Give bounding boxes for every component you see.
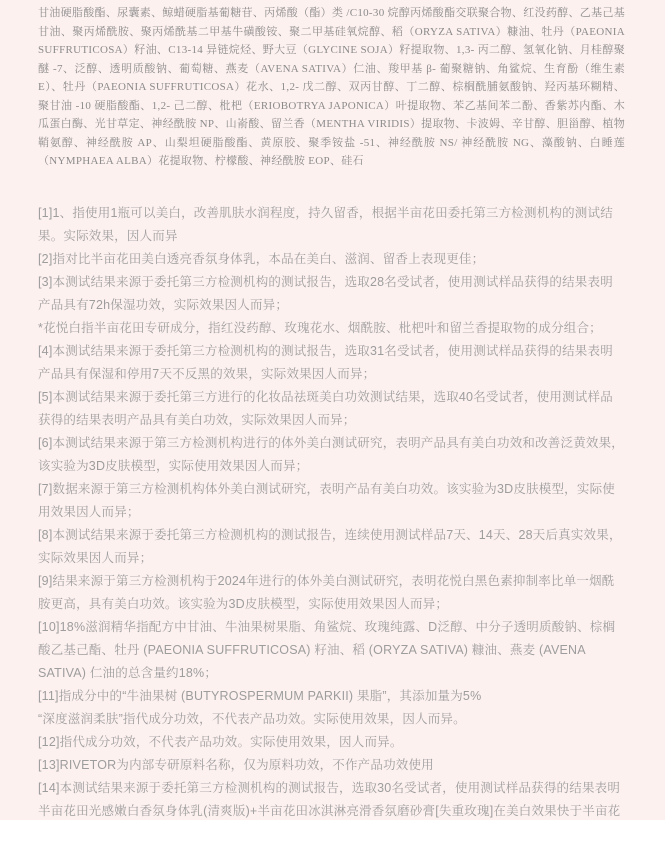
disclaimer-section: 甘油硬脂酸酯、尿囊素、鲸蜡硬脂基葡糖苷、丙烯酸（酯）类 /C10-30 烷醇丙烯… — [0, 0, 665, 820]
footnote-item-7: [7]数据来源于第三方检测机构体外美白测试研究，表明产品有美白功效。该实验为3D… — [38, 478, 625, 524]
ingredients-list-text: 甘油硬脂酸酯、尿囊素、鲸蜡硬脂基葡糖苷、丙烯酸（酯）类 /C10-30 烷醇丙烯… — [38, 4, 625, 171]
footnote-item-10: [10]18%滋润精华指配方中甘油、牛油果树果脂、角鲨烷、玫瑰纯露、D泛醇、中分… — [38, 616, 625, 685]
footnote-item-1: [1]1、指使用1瓶可以美白，改善肌肤水润程度，持久留香，根据半亩花田委托第三方… — [38, 202, 625, 248]
footnote-item-8: [8]本测试结果来源于委托第三方检测机构的测试报告，连续使用测试样品7天、14天… — [38, 524, 625, 570]
footnote-item-6: [6]本测试结果来源于第三方检测机构进行的体外美白测试研究，表明产品具有美白功效… — [38, 432, 625, 478]
footnote-item-14: [14]本测试结果来源于委托第三方检测机构的测试报告，选取30名受试者，使用测试… — [38, 777, 625, 821]
footnote-item-12: [12]指代成分功效，不代表产品功效。实际使用效果，因人而异。 — [38, 731, 625, 754]
footnotes-block: [1]1、指使用1瓶可以美白，改善肌肤水润程度，持久留香，根据半亩花田委托第三方… — [38, 202, 625, 821]
footnote-item-9: [9]结果来源于第三方检测机构于2024年进行的体外美白测试研究，表明花悦白黑色… — [38, 570, 625, 616]
footnote-item-11b: “深度滋润柔肤”指代成分功效，不代表产品功效。实际使用效果，因人而异。 — [38, 708, 625, 731]
footnote-item-4: [4]本测试结果来源于委托第三方检测机构的测试报告，选取31名受试者，使用测试样… — [38, 340, 625, 386]
footnote-item-huayuebai-note: *花悦白指半亩花田专研成分，指红没药醇、玫瑰花水、烟酰胺、枇杷叶和留兰香提取物的… — [38, 317, 625, 340]
footnote-item-5: [5]本测试结果来源于委托第三方进行的化妆品祛斑美白功效测试结果，选取40名受试… — [38, 386, 625, 432]
footnote-item-3: [3]本测试结果来源于委托第三方检测机构的测试报告，选取28名受试者，使用测试样… — [38, 271, 625, 317]
footnote-item-2: [2]指对比半亩花田美白透亮香氛身体乳，本品在美白、滋润、留香上表现更佳； — [38, 248, 625, 271]
bottom-white-strip — [0, 820, 665, 856]
footnote-item-11: [11]指成分中的“牛油果树 (BUTYROSPERMUM PARKII) 果脂… — [38, 685, 625, 708]
footnote-item-13: [13]RIVETOR为内部专研原料名称，仅为原料功效，不作产品功效使用 — [38, 754, 625, 777]
product-detail-page: 甘油硬脂酸酯、尿囊素、鲸蜡硬脂基葡糖苷、丙烯酸（酯）类 /C10-30 烷醇丙烯… — [0, 0, 665, 856]
